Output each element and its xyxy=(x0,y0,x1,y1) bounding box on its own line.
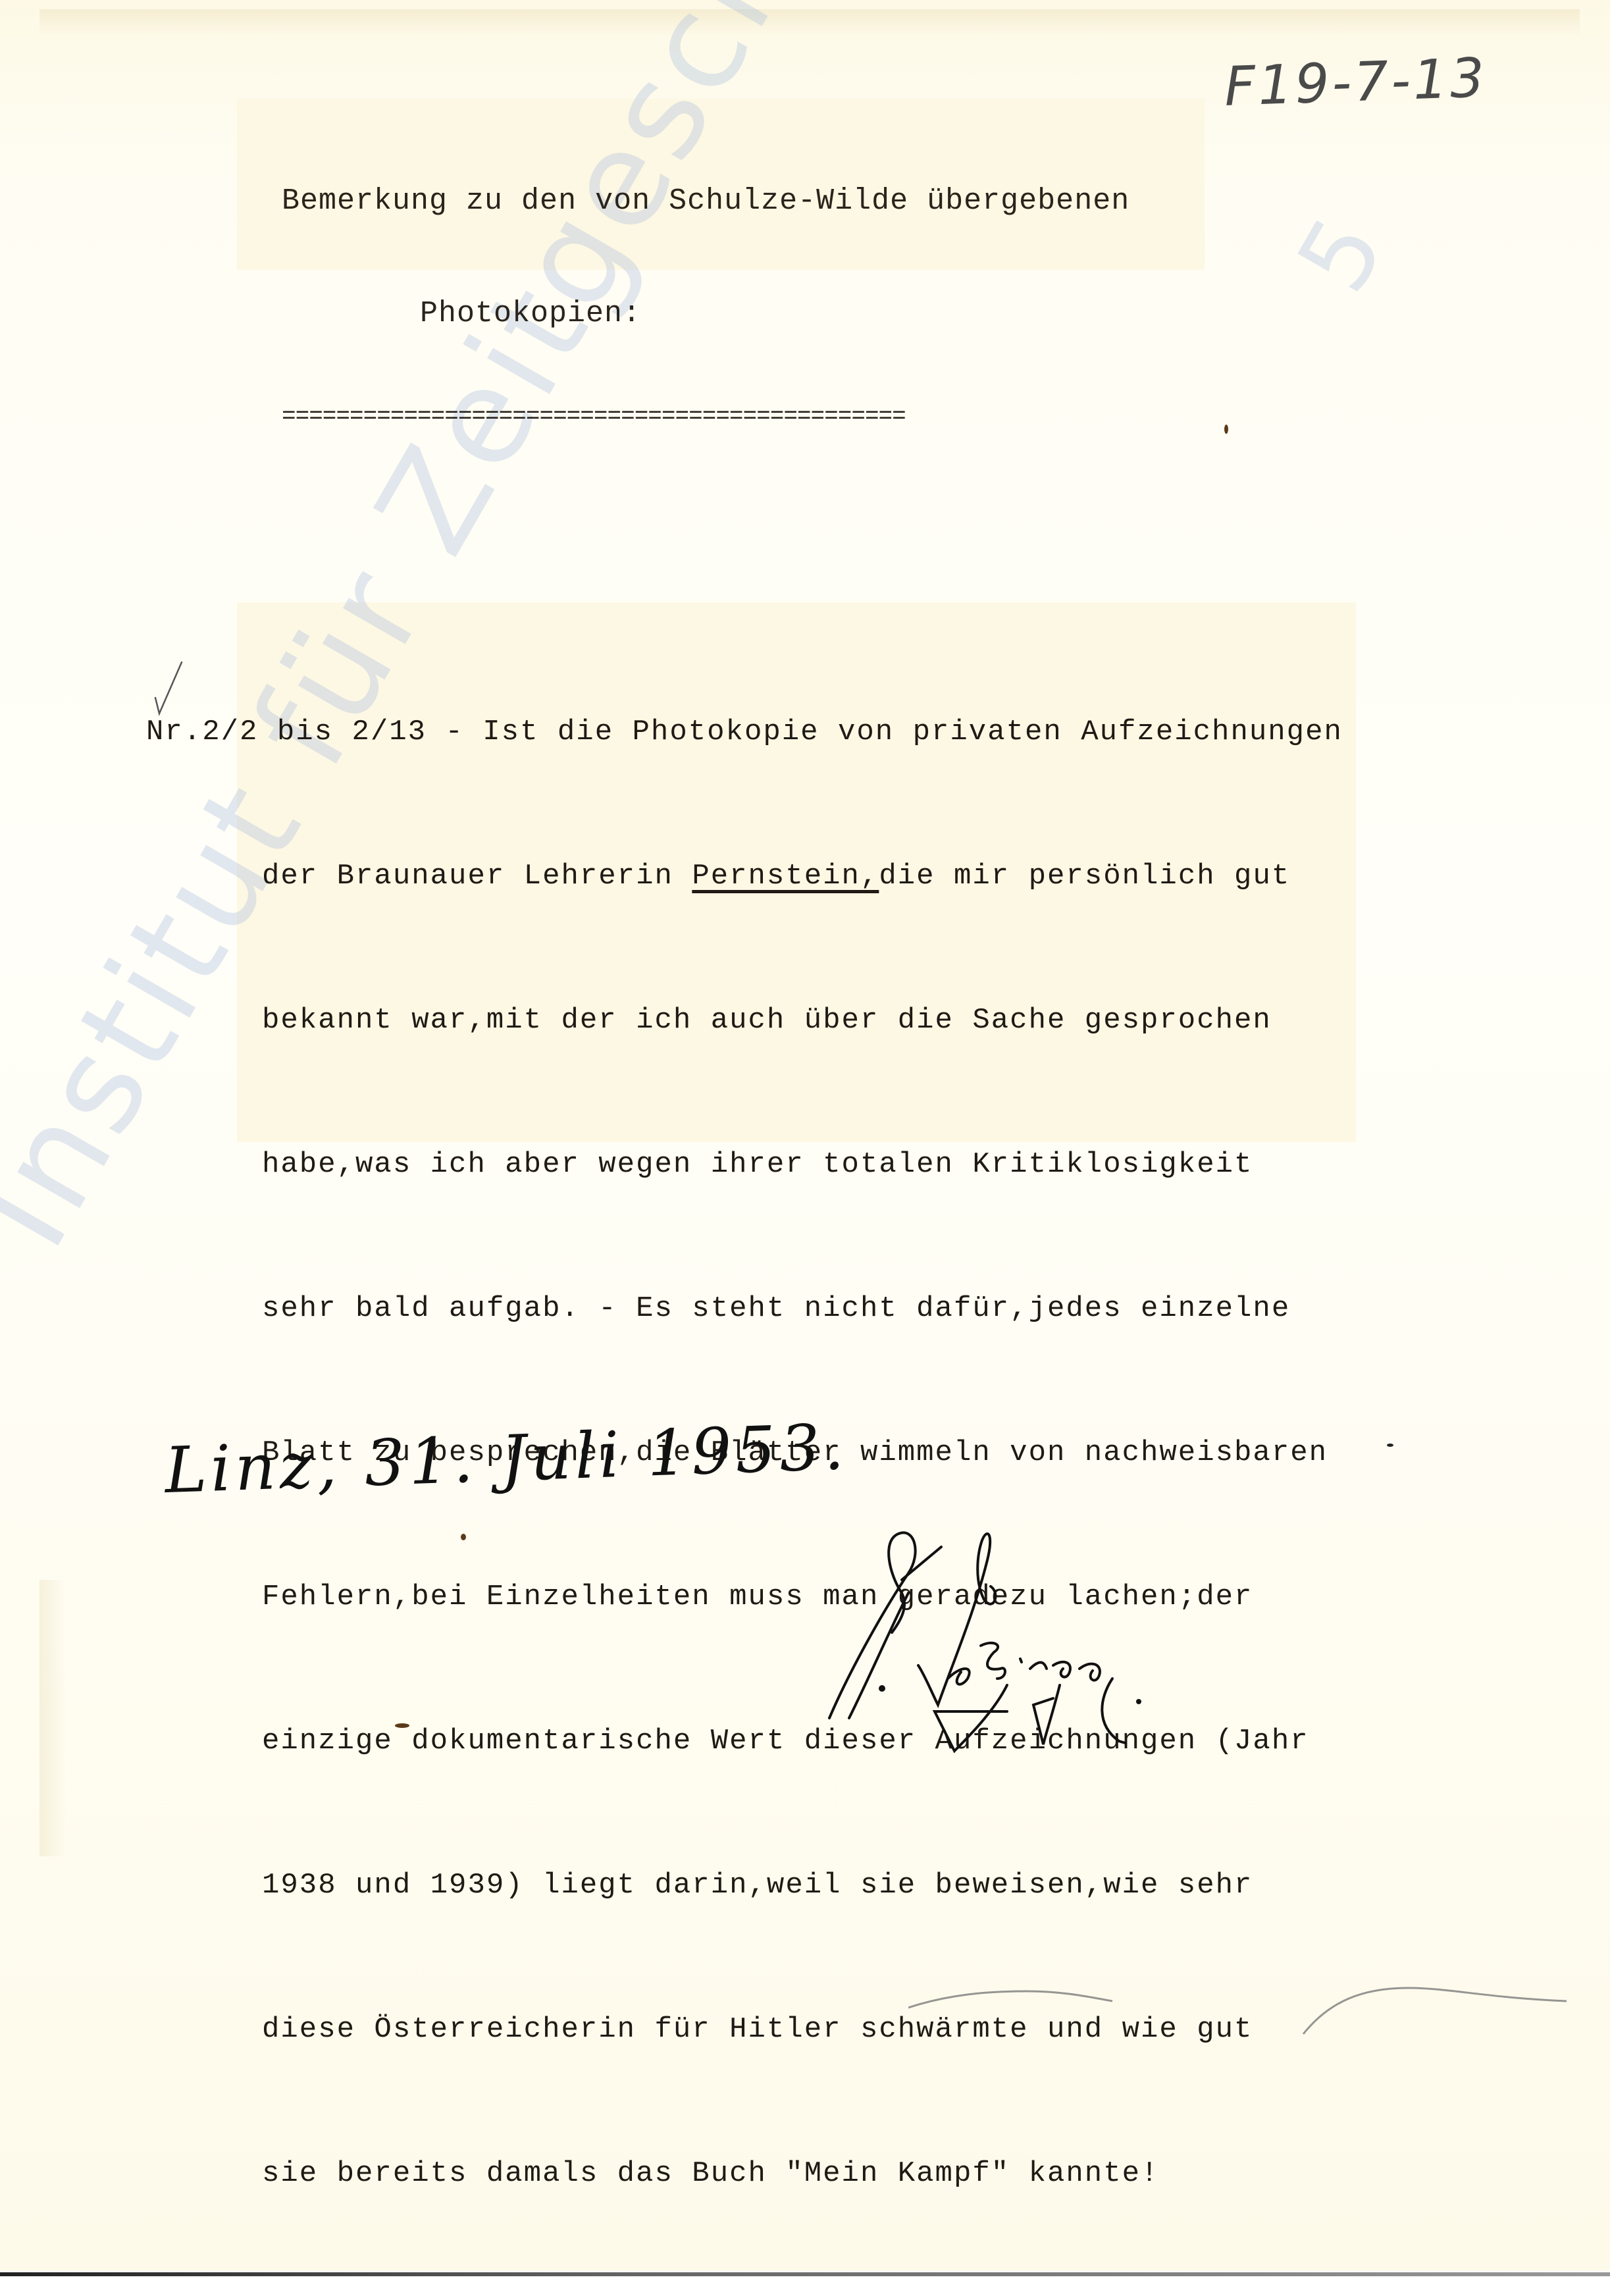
underlined-name: Pernstein, xyxy=(692,860,879,893)
body-line: Nr.2/2 bis 2/13 - Ist die Photokopie von… xyxy=(146,708,1343,756)
body-line: 1938 und 1939) liegt darin,weil sie bewe… xyxy=(146,1862,1343,1910)
title-line-1: Bemerkung zu den von Schulze-Wilde überg… xyxy=(282,184,1216,218)
paper-discoloration-left xyxy=(39,1580,66,1856)
body-line: habe,was ich aber wegen ihrer totalen Kr… xyxy=(146,1141,1343,1189)
page-bottom-edge xyxy=(0,2272,1610,2276)
body-line: der Braunauer Lehrerin Pernstein,die mir… xyxy=(146,852,1343,900)
paper-speck xyxy=(461,1534,466,1540)
paper-speck xyxy=(1387,1444,1393,1447)
signature-text: F. Jetzinger xyxy=(974,1619,1392,1704)
paper-speck xyxy=(1224,425,1228,434)
paper-discoloration-top xyxy=(39,9,1580,36)
body-line: sie bereits damals das Buch "Mein Kampf"… xyxy=(146,2150,1343,2198)
paper-speck xyxy=(395,1723,409,1728)
body-line-segment: der Braunauer Lehrerin xyxy=(262,860,692,893)
file-reference-number: F19-7-13 xyxy=(1223,47,1488,118)
title-line-2: Photokopien: xyxy=(420,297,1216,330)
body-line-segment: die mir persönlich gut xyxy=(879,860,1290,893)
body-line: bekannt war,mit der ich auch über die Sa… xyxy=(146,997,1343,1045)
pencil-stray-marks xyxy=(908,1962,1593,2067)
document-title: Bemerkung zu den von Schulze-Wilde überg… xyxy=(282,117,1216,463)
title-double-underline: ========================================… xyxy=(282,403,1216,430)
body-line: sehr bald aufgab. - Es steht nicht dafür… xyxy=(146,1285,1343,1333)
